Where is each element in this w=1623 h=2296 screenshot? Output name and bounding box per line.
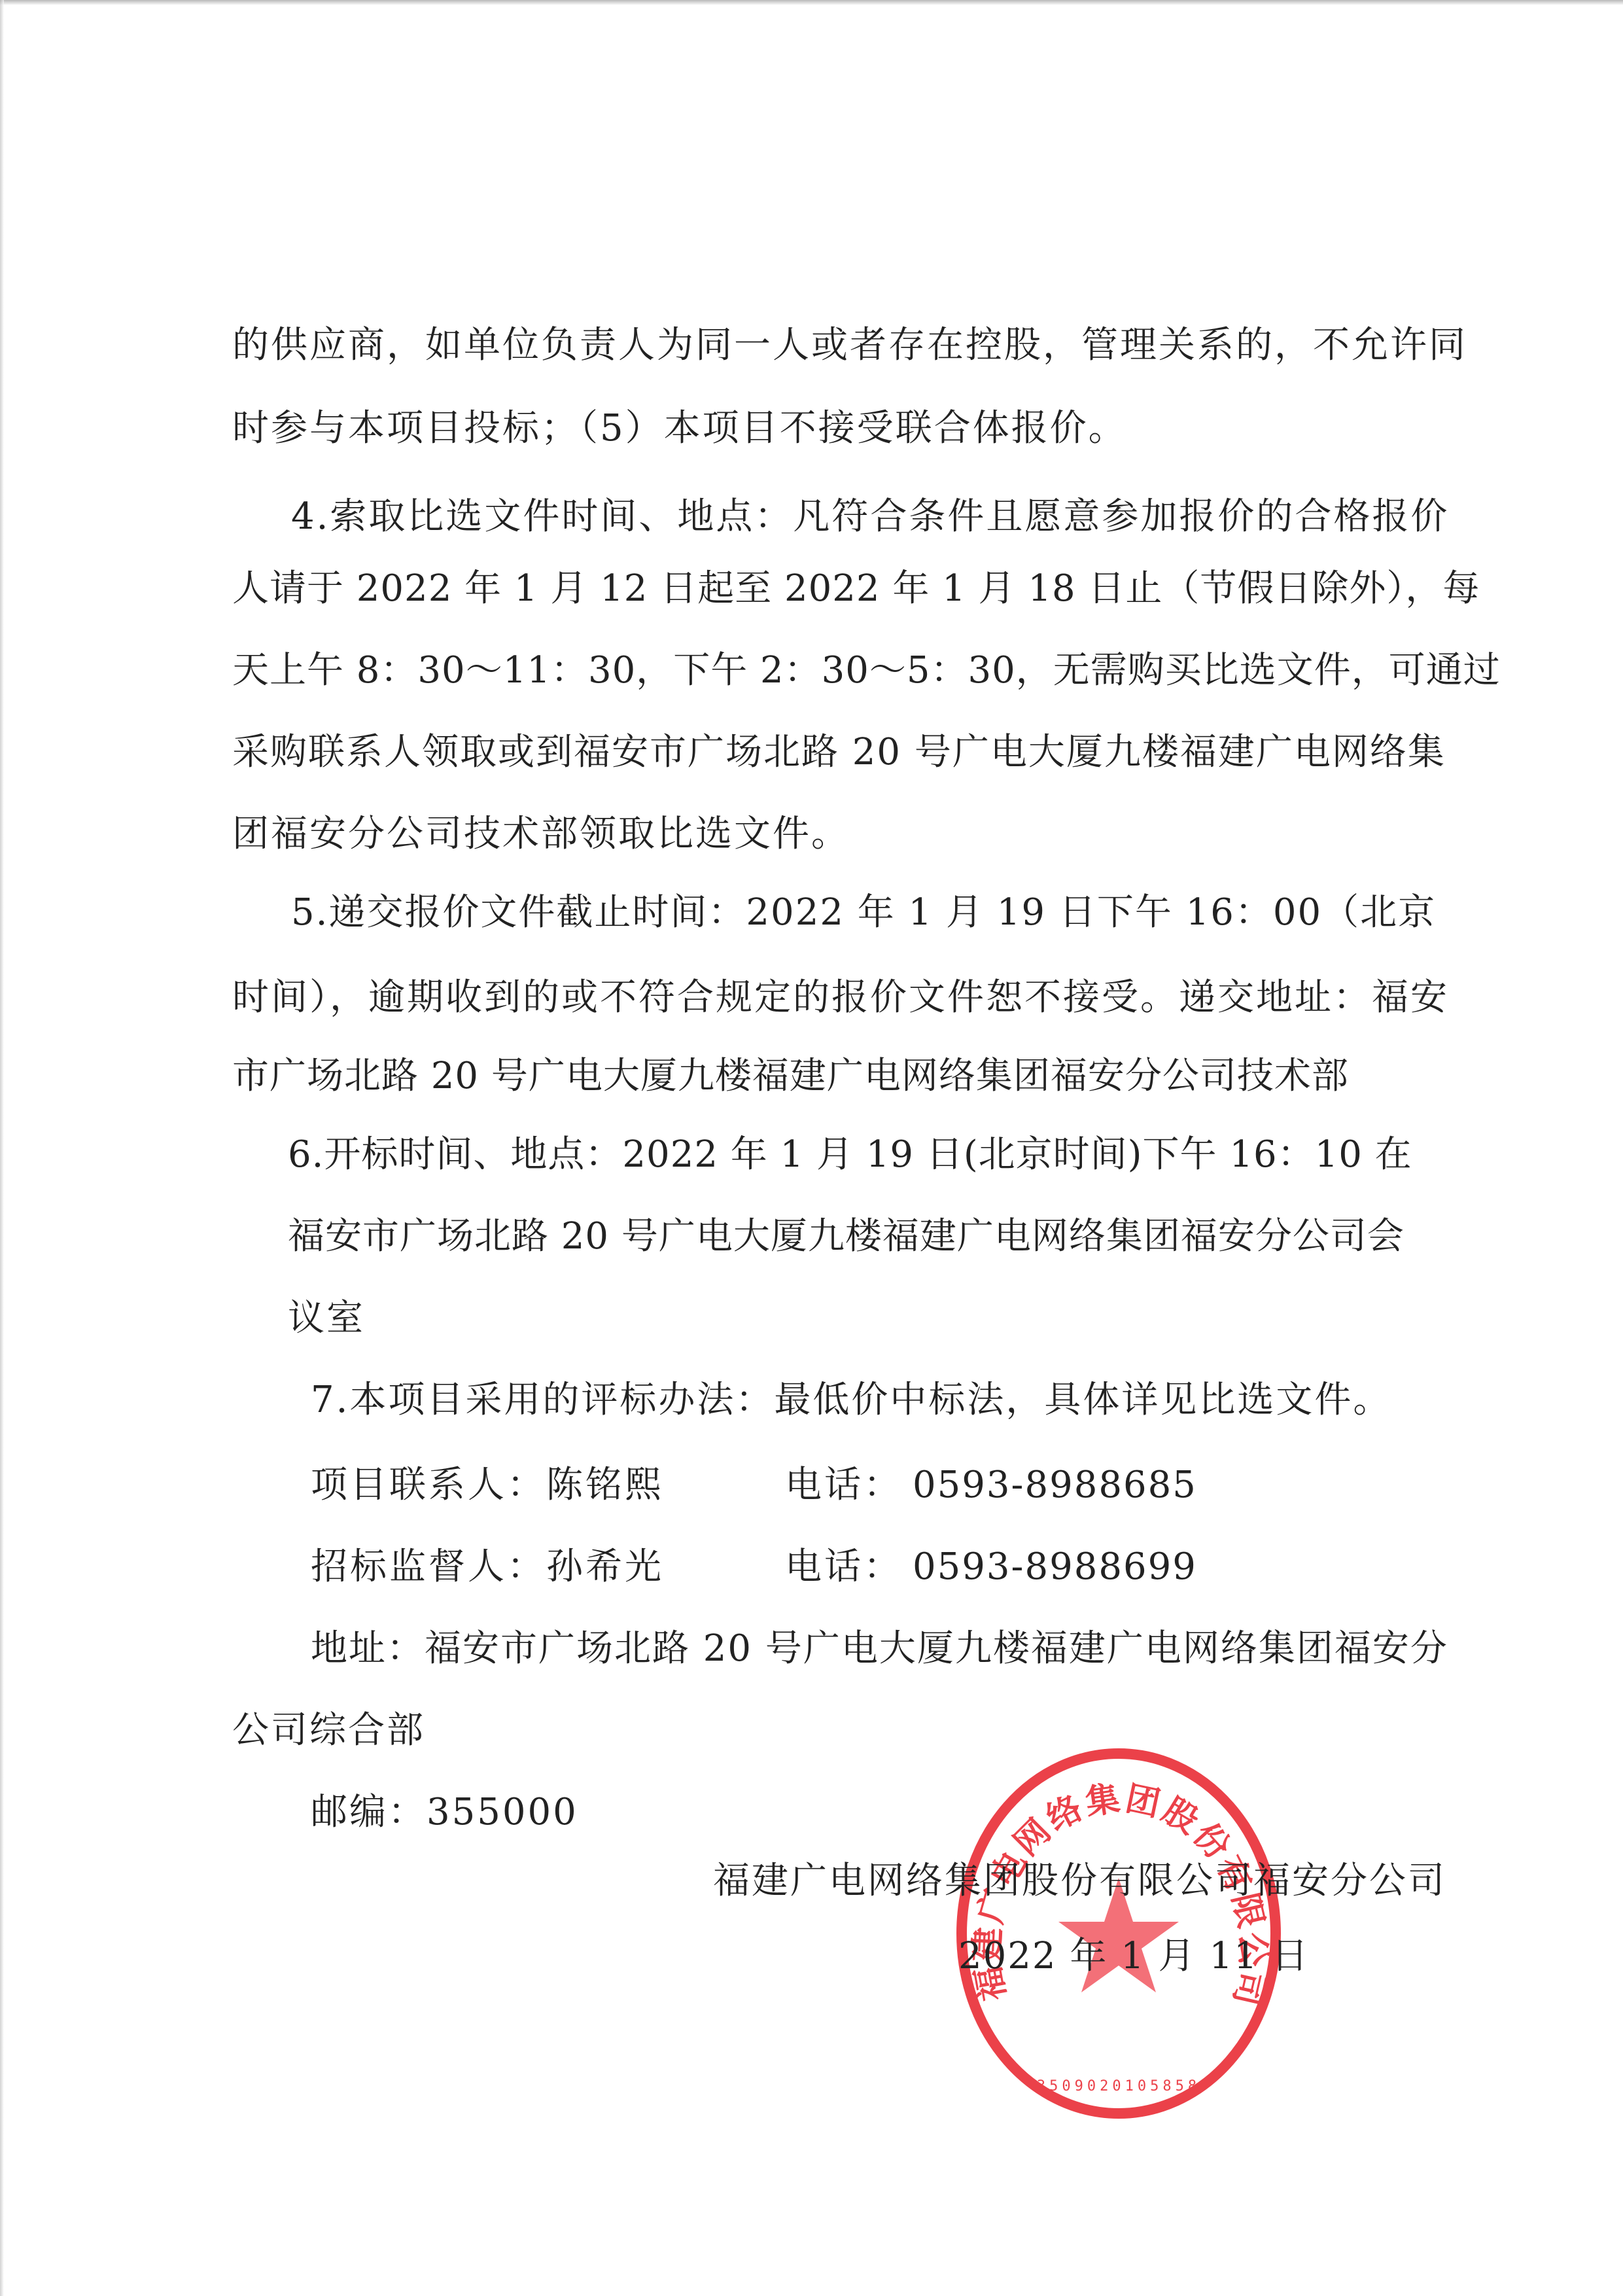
item-7-line-1: 7.本项目采用的评标办法：最低价中标法，具体详见比选文件。 [311, 1377, 1391, 1423]
item-4-line-1: 4.索取比选文件时间、地点：凡符合条件且愿意参加报价的合格报价 [291, 494, 1449, 540]
paragraph-3-continuation-line-1: 的供应商，如单位负责人为同一人或者存在控股，管理关系的，不允许同 [232, 323, 1467, 368]
item-5-line-1: 5.递交报价文件截止时间：2022 年 1 月 19 日下午 16：00（北京 [291, 890, 1436, 936]
item-4-line-5: 团福安分公司技术部领取比选文件。 [232, 811, 850, 857]
address-line-1: 地址：福安市广场北路 20 号广电大厦九楼福建广电网络集团福安分 [311, 1626, 1448, 1672]
contact-role-label: 项目联系人： [311, 1462, 546, 1508]
seal-number: 3509020105858 [1037, 2078, 1200, 2094]
item-6-line-3: 议室 [288, 1296, 365, 1341]
item-4-line-3: 天上午 8：30～11：30，下午 2：30～5：30，无需购买比选文件，可通过 [232, 648, 1501, 694]
phone-label: 电话： [785, 1544, 903, 1590]
address-line-2: 公司综合部 [232, 1708, 425, 1754]
phone-label: 电话： [785, 1462, 903, 1508]
scan-edge-top [0, 0, 1623, 5]
item-5-line-2: 时间），逾期收到的或不符合规定的报价文件恕不接受。递交地址：福安 [232, 975, 1449, 1021]
item-4-line-2: 人请于 2022 年 1 月 12 日起至 2022 年 1 月 18 日止（节… [232, 566, 1480, 612]
item-6-line-2: 福安市广场北路 20 号广电大厦九楼福建广电网络集团福安分公司会 [288, 1214, 1405, 1260]
item-5-line-3: 市广场北路 20 号广电大厦九楼福建广电网络集团福安分公司技术部 [232, 1053, 1349, 1099]
phone-number: 0593-8988685 [913, 1462, 1197, 1508]
issuing-company: 福建广电网络集团股份有限公司福安分公司 [713, 1858, 1446, 1904]
scan-edge-left [0, 0, 4, 2296]
phone-number: 0593-8988699 [913, 1544, 1197, 1590]
contact-name: 陈铭熙 [546, 1462, 664, 1508]
contact-name: 孙希光 [546, 1544, 664, 1590]
item-6-line-1: 6.开标时间、地点：2022 年 1 月 19 日(北京时间)下午 16：10 … [288, 1132, 1412, 1178]
item-4-line-4: 采购联系人领取或到福安市广场北路 20 号广电大厦九楼福建广电网络集 [232, 730, 1446, 775]
paragraph-3-continuation-line-2: 时参与本项目投标；（5）本项目不接受联合体报价。 [232, 406, 1127, 451]
postal-code: 邮编：355000 [311, 1790, 578, 1835]
contact-role-label: 招标监督人： [311, 1544, 546, 1590]
issue-date: 2022 年 1 月 11 日 [958, 1934, 1309, 1979]
